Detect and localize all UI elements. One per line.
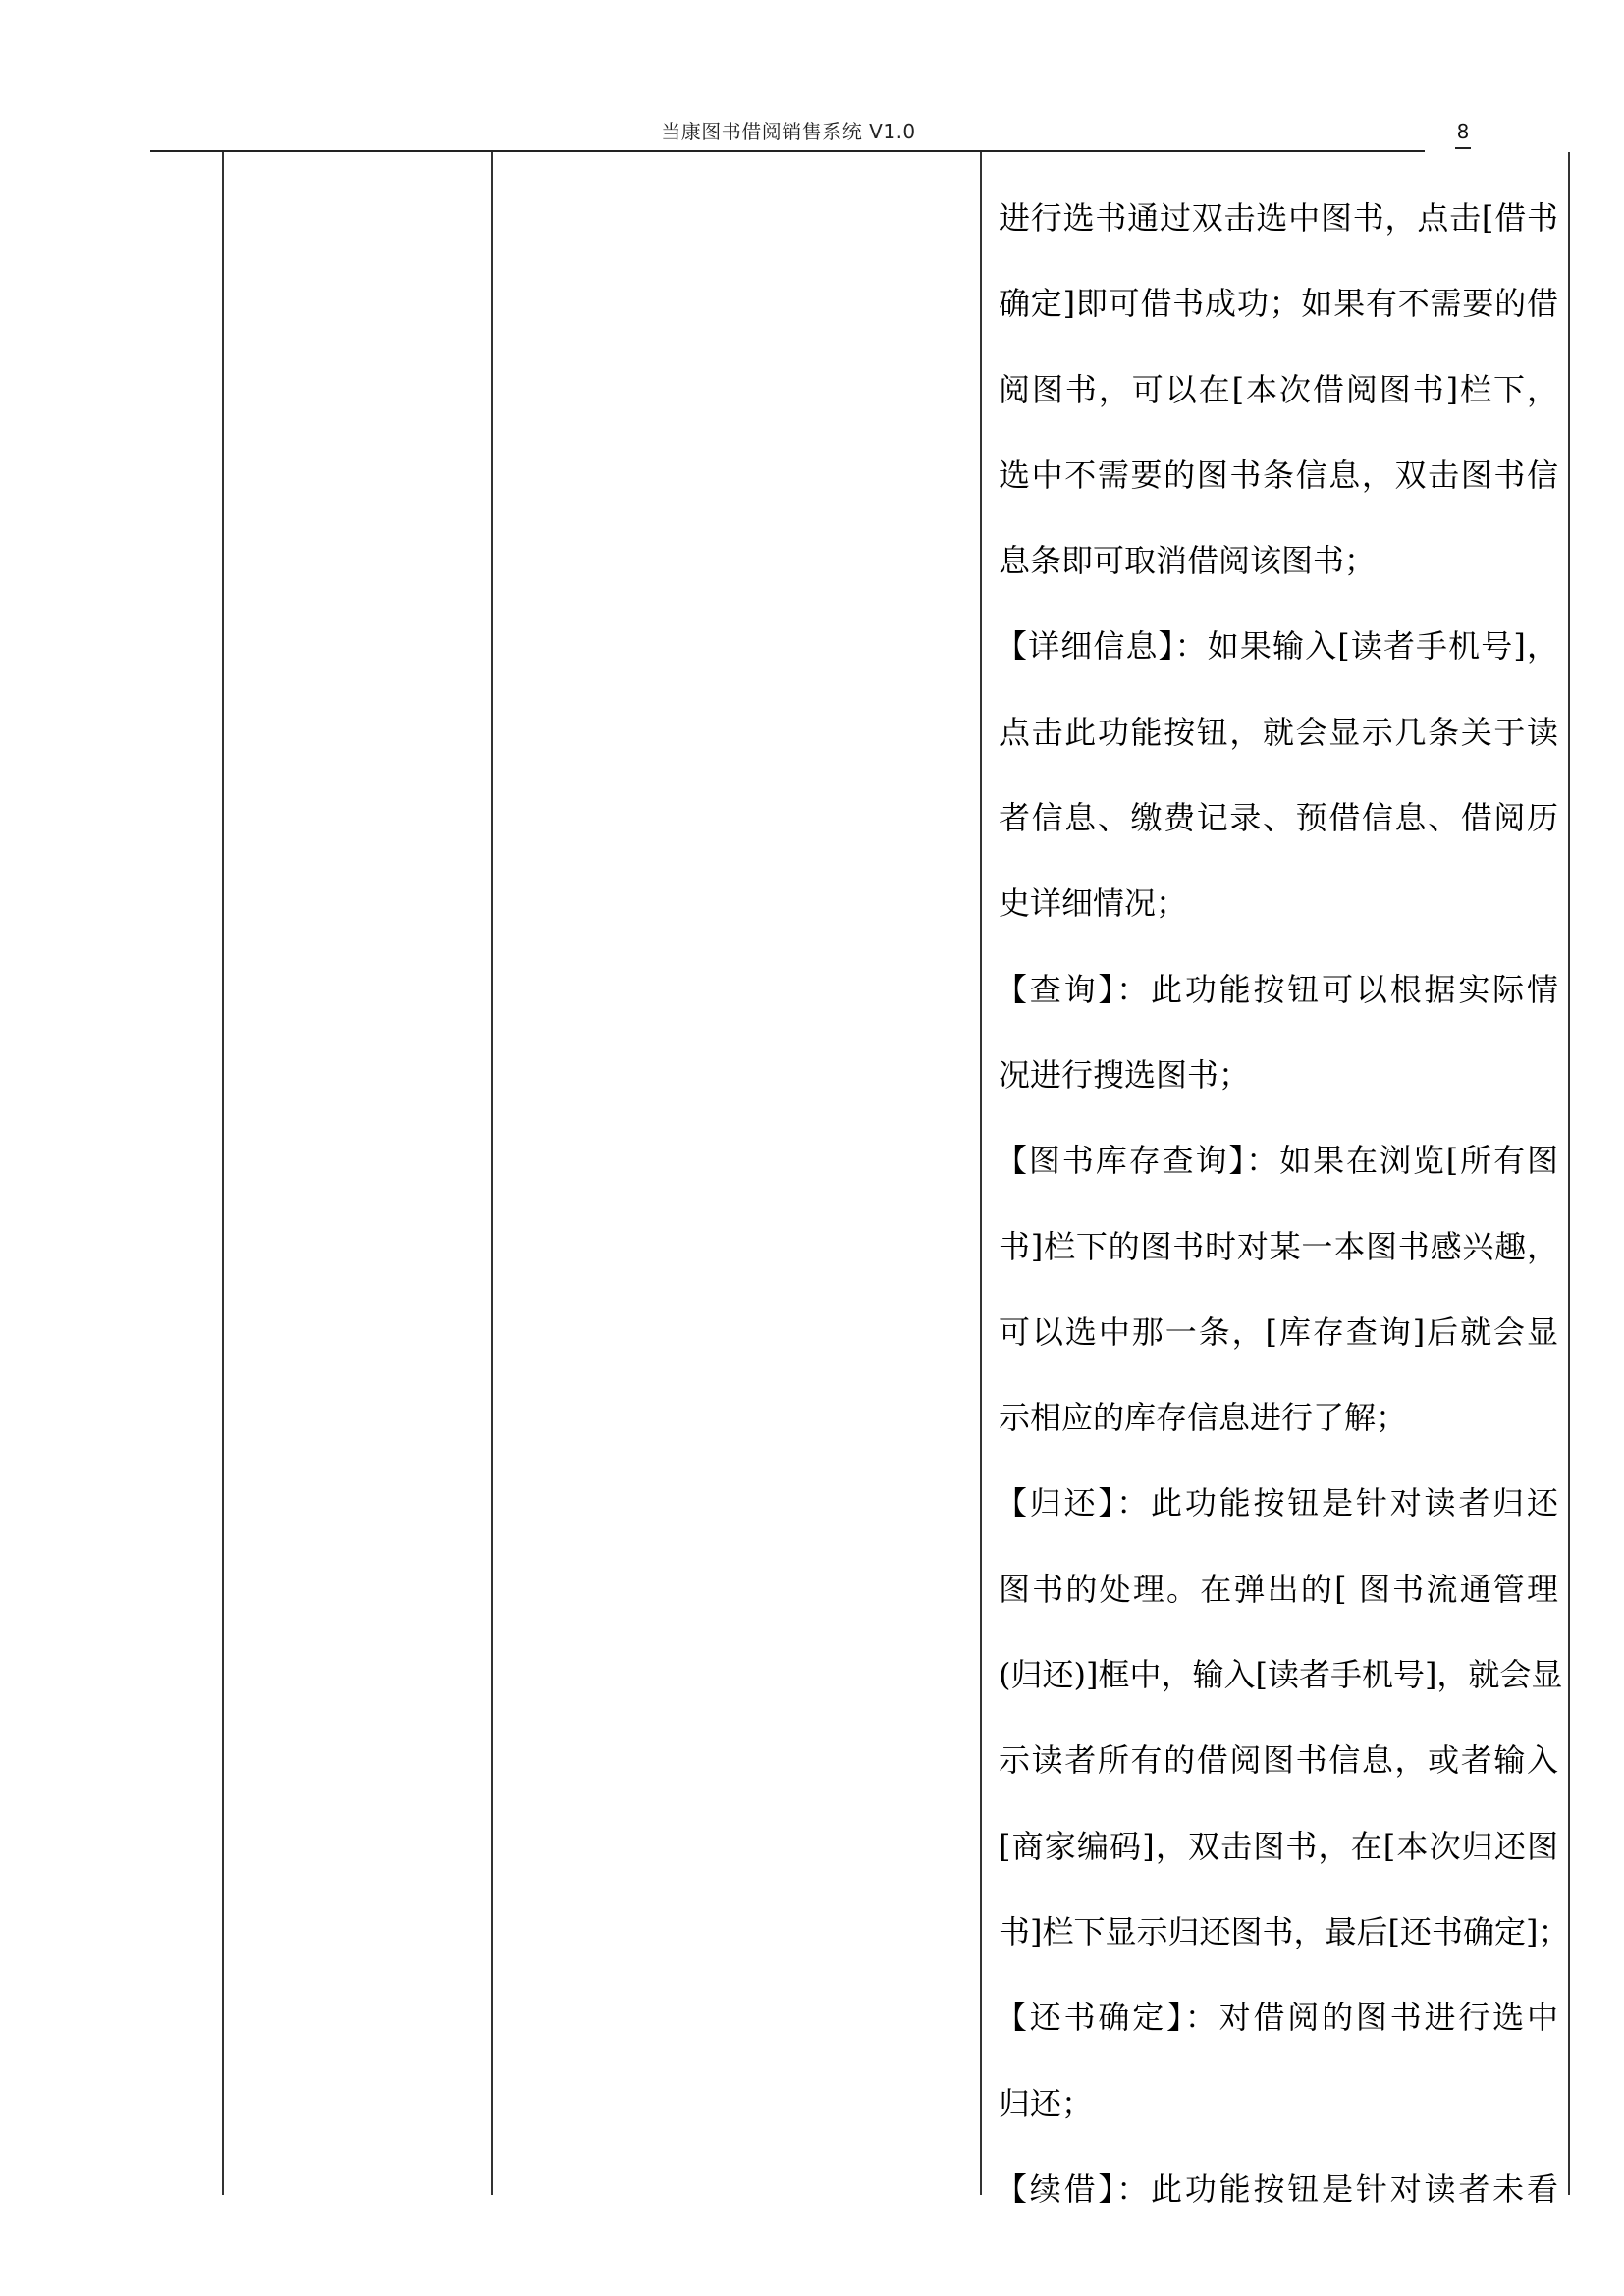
table-border-col-2 <box>491 152 493 2195</box>
text-line: 归还； <box>999 2061 1558 2147</box>
table-border-col-3 <box>980 152 982 2195</box>
text-line-stock-query: 【图书库存查询】：如果在浏览[所有图 <box>996 1118 1558 1203</box>
text-line: 点击此功能按钮，就会显示几条关于读 <box>999 690 1558 775</box>
text-line: 可以选中那一条，[库存查询]后就会显 <box>999 1290 1558 1375</box>
text-line: 书]栏下显示归还图书，最后[还书确定]； <box>999 1890 1558 1975</box>
text-line: 图书的处理。在弹出的[ 图书流通管理 <box>999 1547 1558 1632</box>
text-line-return: 【归还】：此功能按钮是针对读者归还 <box>996 1461 1558 1546</box>
text-line: 选中不需要的图书条信息，双击图书信 <box>999 433 1558 518</box>
text-line-return-confirm: 【还书确定】：对借阅的图书进行选中 <box>996 1975 1558 2060</box>
text-line: 况进行搜选图书； <box>999 1033 1558 1118</box>
text-line: 史详细情况； <box>999 861 1558 946</box>
text-line: 进行选书通过双击选中图书，点击[借书 <box>999 176 1558 261</box>
page-number-underline <box>1455 147 1471 149</box>
text-line-query: 【查询】：此功能按钮可以根据实际情 <box>996 947 1558 1033</box>
document-title: 当康图书借阅销售系统 V1.0 <box>550 117 1027 146</box>
text-line: [商家编码]，双击图书，在[本次归还图 <box>999 1804 1558 1890</box>
function-description-cell: 进行选书通过双击选中图书，点击[借书 确定]即可借书成功；如果有不需要的借 阅图… <box>999 176 1558 2232</box>
text-line: 确定]即可借书成功；如果有不需要的借 <box>999 261 1558 347</box>
text-line: 者信息、缴费记录、预借信息、借阅历 <box>999 775 1558 861</box>
header-rule <box>150 150 1425 152</box>
text-line: 书]栏下的图书时对某一本图书感兴趣， <box>999 1204 1558 1290</box>
table-border-col-1 <box>222 152 224 2195</box>
text-line-renew: 【续借】：此功能按钮是针对读者未看 <box>996 2147 1558 2232</box>
text-line: 示读者所有的借阅图书信息，或者输入 <box>999 1718 1558 1803</box>
table-border-right <box>1568 152 1570 2195</box>
text-line-detail-info: 【详细信息】：如果输入[读者手机号]， <box>996 604 1558 689</box>
text-line: 息条即可取消借阅该图书； <box>999 518 1558 604</box>
text-line: 阅图书，可以在[本次借阅图书]栏下， <box>999 347 1558 433</box>
text-line: 示相应的库存信息进行了解； <box>999 1375 1558 1461</box>
text-line: (归还)]框中，输入[读者手机号]，就会显 <box>999 1632 1558 1718</box>
page-number: 8 <box>1453 118 1473 145</box>
